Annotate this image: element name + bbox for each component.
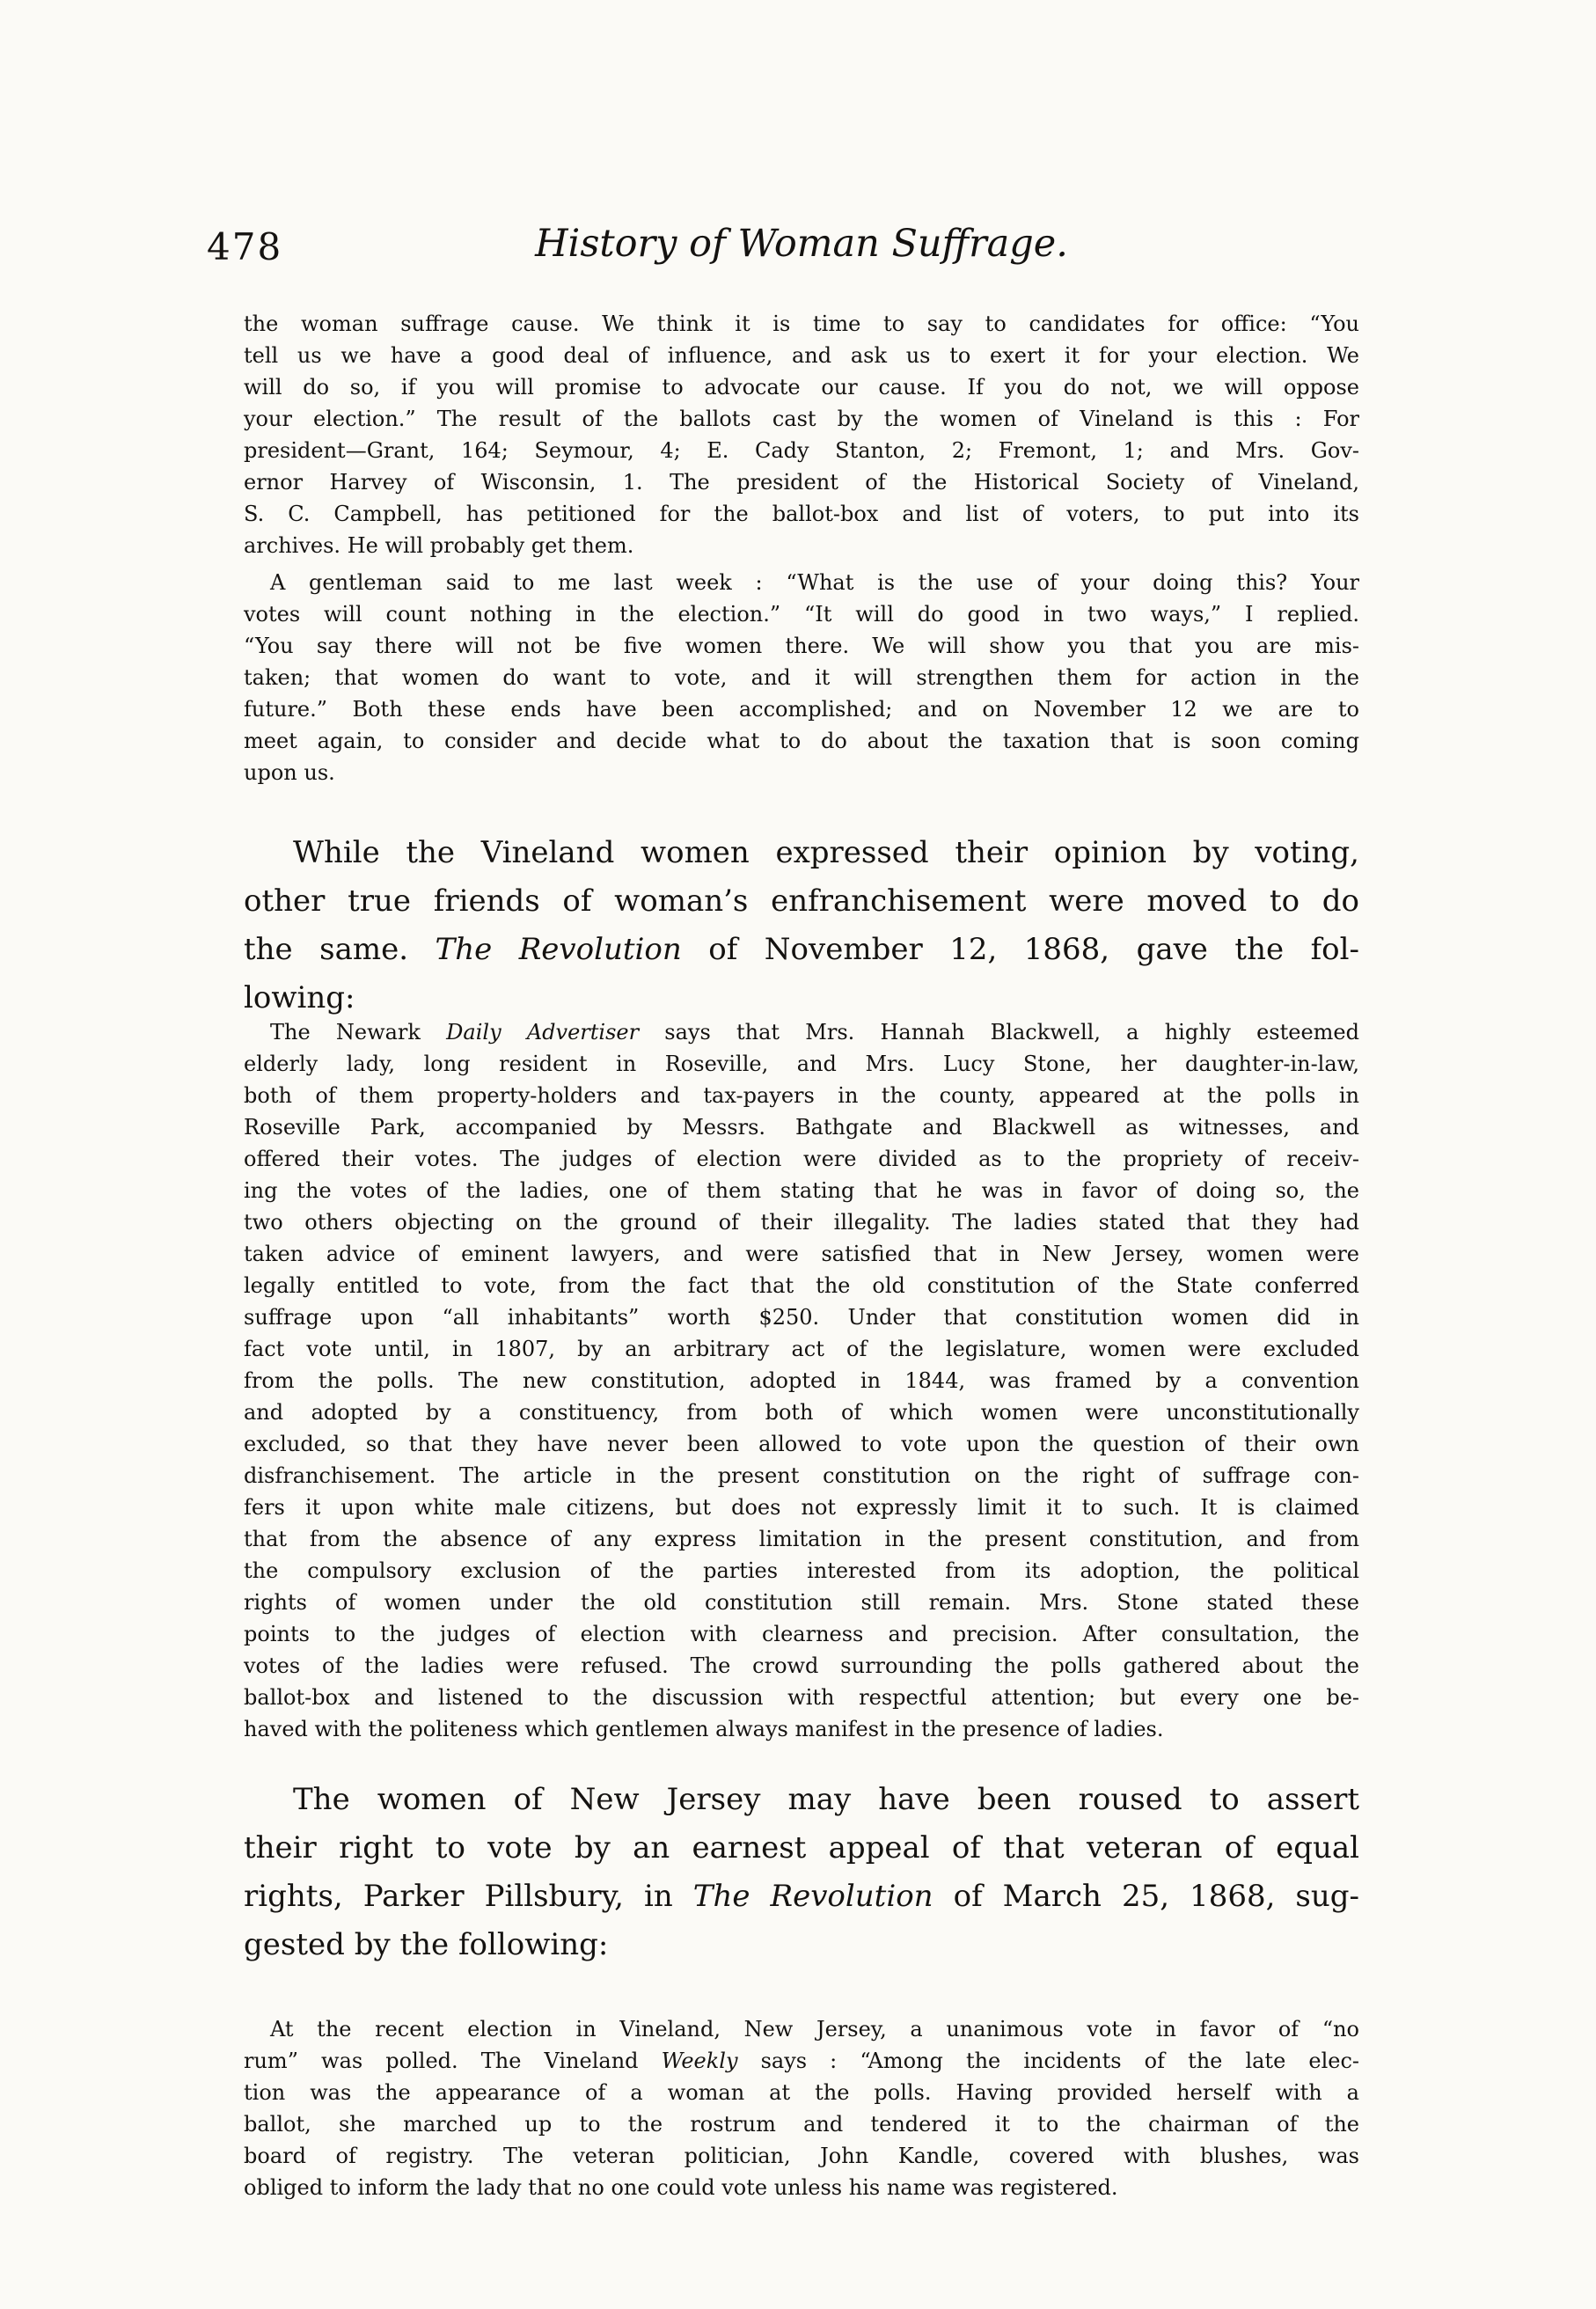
text-run: of March 25, 1868, sug-	[933, 1879, 1359, 1914]
text-run: tell us we have a good deal of influence…	[244, 343, 1359, 368]
text-line: ing the votes of the ladies, one of them…	[244, 1175, 1359, 1206]
text-run: board of registry. The veteran politicia…	[244, 2144, 1359, 2168]
text-run: rights of women under the old constituti…	[244, 1590, 1359, 1615]
text-line: archives. He will probably get them.	[244, 530, 1359, 561]
text-line: votes of the ladies were refused. The cr…	[244, 1650, 1359, 1682]
text-line: While the Vineland women expressed their…	[244, 829, 1359, 877]
text-run: your election.” The result of the ballot…	[244, 407, 1359, 431]
text-run: says : “Among the incidents of the late …	[738, 2049, 1359, 2073]
text-run: votes will count nothing in the election…	[244, 602, 1359, 627]
text-line: taken advice of eminent lawyers, and wer…	[244, 1238, 1359, 1270]
text-line: will do so, if you will promise to advoc…	[244, 371, 1359, 403]
text-line: elderly lady, long resident in Roseville…	[244, 1048, 1359, 1080]
text-line: suffrage upon “all inhabitants” worth $2…	[244, 1301, 1359, 1333]
text-run: obliged to inform the lady that no one c…	[244, 2175, 1118, 2200]
text-run: other true friends of woman’s enfranchis…	[244, 883, 1359, 919]
text-run: says that Mrs. Hannah Blackwell, a highl…	[639, 1020, 1359, 1045]
text-line: rum” was polled. The Vineland Weekly say…	[244, 2045, 1359, 2077]
text-line: meet again, to consider and decide what …	[244, 725, 1359, 757]
text-run: fact vote until, in 1807, by an arbitrar…	[244, 1337, 1359, 1361]
text-run: taken; that women do want to vote, and i…	[244, 665, 1359, 690]
text-line: that from the absence of any express lim…	[244, 1523, 1359, 1555]
text-line: excluded, so that they have never been a…	[244, 1428, 1359, 1460]
page-header: 478 History of Woman Suffrage.	[244, 222, 1359, 275]
text-line: your election.” The result of the ballot…	[244, 403, 1359, 435]
text-run: ballot, she marched up to the rostrum an…	[244, 2112, 1359, 2137]
text-run: ing the votes of the ladies, one of them…	[244, 1178, 1359, 1203]
text-line: the woman suffrage cause. We think it is…	[244, 308, 1359, 340]
book-page: 478 History of Woman Suffrage. the woman…	[0, 0, 1596, 2309]
italic-text-run: The Revolution	[693, 1879, 933, 1914]
text-run: upon us.	[244, 760, 335, 785]
text-run: haved with the politeness which gentleme…	[244, 1717, 1163, 1741]
text-line: rights, Parker Pillsbury, in The Revolut…	[244, 1873, 1359, 1921]
text-line: and adopted by a constituency, from both…	[244, 1396, 1359, 1428]
text-run: their right to vote by an earnest appeal…	[244, 1830, 1359, 1866]
paragraph-women-of-new-jersey: The women of New Jersey may have been ro…	[244, 1776, 1359, 1969]
text-run: from the polls. The new constitution, ad…	[244, 1368, 1359, 1393]
text-run: excluded, so that they have never been a…	[244, 1432, 1359, 1456]
text-run: the woman suffrage cause. We think it is…	[244, 312, 1359, 336]
text-run: that from the absence of any express lim…	[244, 1527, 1359, 1551]
text-run: The women of New Jersey may have been ro…	[293, 1782, 1359, 1817]
text-line: lowing:	[244, 974, 1359, 1023]
text-line: upon us.	[244, 757, 1359, 788]
text-line: points to the judges of election with cl…	[244, 1618, 1359, 1650]
text-line: obliged to inform the lady that no one c…	[244, 2172, 1359, 2203]
text-line: Roseville Park, accompanied by Messrs. B…	[244, 1111, 1359, 1143]
text-line: their right to vote by an earnest appeal…	[244, 1824, 1359, 1873]
text-line: gested by the following:	[244, 1921, 1359, 1969]
italic-text-run: Daily Advertiser	[446, 1020, 639, 1045]
text-run: fers it upon white male citizens, but do…	[244, 1495, 1359, 1520]
text-line: taken; that women do want to vote, and i…	[244, 662, 1359, 693]
text-line: future.” Both these ends have been accom…	[244, 693, 1359, 725]
text-run: legally entitled to vote, from the fact …	[244, 1273, 1359, 1298]
text-run: will do so, if you will promise to advoc…	[244, 375, 1359, 399]
text-run: rights, Parker Pillsbury, in	[244, 1879, 693, 1914]
text-run: Roseville Park, accompanied by Messrs. B…	[244, 1115, 1359, 1140]
text-line: ballot-box and listened to the discussio…	[244, 1682, 1359, 1713]
text-line: other true friends of woman’s enfranchis…	[244, 877, 1359, 926]
text-run: the same.	[244, 932, 436, 967]
italic-text-run: The Revolution	[436, 932, 682, 967]
text-run: A gentleman said to me last week : “What…	[270, 570, 1359, 595]
paragraph-gentleman-dialogue: A gentleman said to me last week : “What…	[244, 567, 1359, 788]
text-line: two others objecting on the ground of th…	[244, 1206, 1359, 1238]
text-run: “You say there will not be five women th…	[244, 634, 1359, 658]
italic-text-run: Weekly	[662, 2049, 738, 2073]
page-number: 478	[207, 225, 282, 268]
text-run: tion was the appearance of a woman at th…	[244, 2080, 1359, 2105]
text-run: points to the judges of election with cl…	[244, 1622, 1359, 1646]
extract-vineland-weekly: At the recent election in Vineland, New …	[244, 2013, 1359, 2203]
text-line: tion was the appearance of a woman at th…	[244, 2077, 1359, 2108]
text-run: of November 12, 1868, gave the fol-	[682, 932, 1359, 967]
text-run: archives. He will probably get them.	[244, 533, 633, 558]
text-line: offered their votes. The judges of elect…	[244, 1143, 1359, 1175]
text-line: votes will count nothing in the election…	[244, 598, 1359, 630]
text-line: from the polls. The new constitution, ad…	[244, 1365, 1359, 1396]
text-line: The Newark Daily Advertiser says that Mr…	[244, 1016, 1359, 1048]
text-run: president—Grant, 164; Seymour, 4; E. Cad…	[244, 438, 1359, 463]
text-line: rights of women under the old constituti…	[244, 1587, 1359, 1618]
text-line: board of registry. The veteran politicia…	[244, 2140, 1359, 2172]
text-run: taken advice of eminent lawyers, and wer…	[244, 1242, 1359, 1266]
text-run: While the Vineland women expressed their…	[293, 835, 1359, 870]
text-line: “You say there will not be five women th…	[244, 630, 1359, 662]
text-run: and adopted by a constituency, from both…	[244, 1400, 1359, 1425]
text-line: disfranchisement. The article in the pre…	[244, 1460, 1359, 1492]
text-run: rum” was polled. The Vineland	[244, 2049, 662, 2073]
paragraph-continuation: the woman suffrage cause. We think it is…	[244, 308, 1359, 561]
text-run: future.” Both these ends have been accom…	[244, 697, 1359, 722]
text-run: two others objecting on the ground of th…	[244, 1210, 1359, 1235]
text-line: tell us we have a good deal of influence…	[244, 340, 1359, 371]
text-line: fers it upon white male citizens, but do…	[244, 1492, 1359, 1523]
text-line: A gentleman said to me last week : “What…	[244, 567, 1359, 598]
text-run: The Newark	[270, 1020, 446, 1045]
page-title: History of Woman Suffrage.	[244, 222, 1359, 266]
text-run: ernor Harvey of Wisconsin, 1. The presid…	[244, 470, 1359, 495]
text-line: legally entitled to vote, from the fact …	[244, 1270, 1359, 1301]
text-line: president—Grant, 164; Seymour, 4; E. Cad…	[244, 435, 1359, 466]
text-line: ernor Harvey of Wisconsin, 1. The presid…	[244, 466, 1359, 498]
text-run: S. C. Campbell, has petitioned for the b…	[244, 502, 1359, 526]
text-line: the same. The Revolution of November 12,…	[244, 926, 1359, 974]
text-run: votes of the ladies were refused. The cr…	[244, 1653, 1359, 1678]
text-line: fact vote until, in 1807, by an arbitrar…	[244, 1333, 1359, 1365]
text-line: both of them property-holders and tax-pa…	[244, 1080, 1359, 1111]
text-line: At the recent election in Vineland, New …	[244, 2013, 1359, 2045]
text-run: suffrage upon “all inhabitants” worth $2…	[244, 1305, 1359, 1330]
text-run: gested by the following:	[244, 1927, 608, 1962]
text-run: both of them property-holders and tax-pa…	[244, 1083, 1359, 1108]
text-run: the compulsory exclusion of the parties …	[244, 1558, 1359, 1583]
text-run: offered their votes. The judges of elect…	[244, 1147, 1359, 1171]
text-line: S. C. Campbell, has petitioned for the b…	[244, 498, 1359, 530]
text-run: meet again, to consider and decide what …	[244, 729, 1359, 753]
paragraph-while-vineland-women: While the Vineland women expressed their…	[244, 829, 1359, 1023]
text-line: The women of New Jersey may have been ro…	[244, 1776, 1359, 1824]
text-run: elderly lady, long resident in Roseville…	[244, 1052, 1359, 1076]
text-run: lowing:	[244, 980, 355, 1015]
text-run: ballot-box and listened to the discussio…	[244, 1685, 1359, 1710]
text-line: ballot, she marched up to the rostrum an…	[244, 2108, 1359, 2140]
text-run: disfranchisement. The article in the pre…	[244, 1463, 1359, 1488]
extract-newark-daily-advertiser: The Newark Daily Advertiser says that Mr…	[244, 1016, 1359, 1745]
text-run: At the recent election in Vineland, New …	[270, 2017, 1359, 2041]
text-line: haved with the politeness which gentleme…	[244, 1713, 1359, 1745]
text-line: the compulsory exclusion of the parties …	[244, 1555, 1359, 1587]
